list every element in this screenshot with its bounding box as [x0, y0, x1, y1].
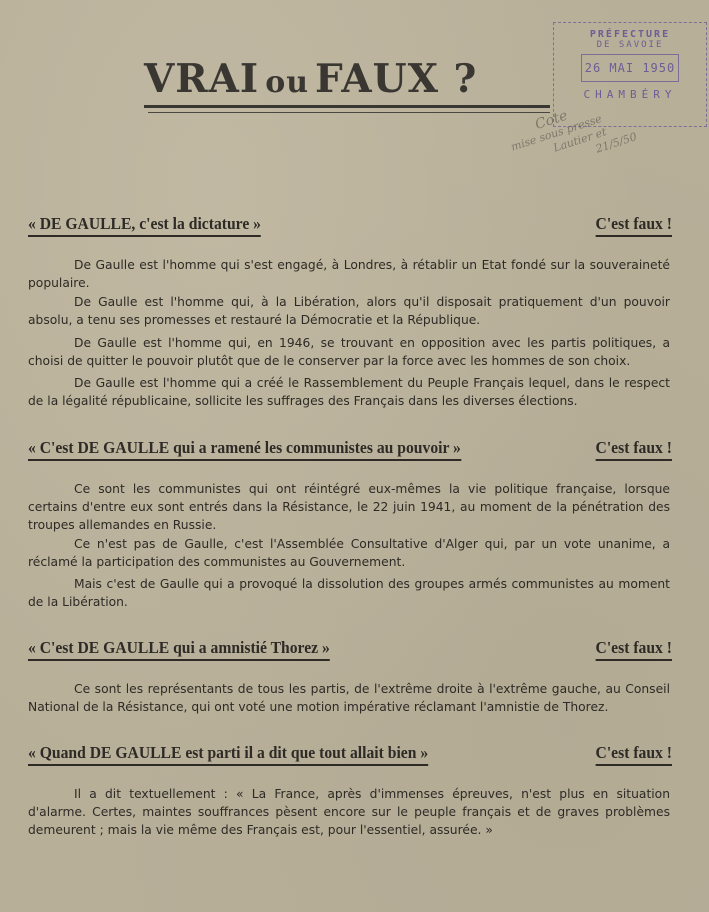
- title-faux: FAUX ?: [315, 56, 477, 102]
- section-1-claim: « DE GAULLE, c'est la dictature »: [28, 214, 261, 237]
- section-4-heading: « Quand DE GAULLE est parti il a dit que…: [28, 743, 672, 766]
- document-title: VRAIouFAUX ?: [144, 56, 477, 102]
- title-ou: ou: [265, 65, 309, 100]
- section-2-paragraph-3: Mais c'est de Gaulle qui a provoqué la d…: [28, 575, 670, 611]
- section-2-paragraph-1: Ce sont les communistes qui ont réintégr…: [28, 480, 670, 534]
- section-4-paragraph-1: Il a dit textuellement : « La France, ap…: [28, 785, 670, 839]
- section-3-claim: « C'est DE GAULLE qui a amnistié Thorez …: [28, 638, 330, 661]
- section-4-verdict: C'est faux !: [596, 743, 672, 766]
- stamp-line1: PRÉFECTURE: [554, 29, 706, 40]
- section-3-verdict: C'est faux !: [596, 638, 672, 661]
- section-1-verdict: C'est faux !: [596, 214, 672, 237]
- section-1-paragraph-2: De Gaulle est l'homme qui, à la Libérati…: [28, 293, 670, 329]
- section-2-claim: « C'est DE GAULLE qui a ramené les commu…: [28, 438, 461, 461]
- section-4-claim: « Quand DE GAULLE est parti il a dit que…: [28, 743, 428, 766]
- section-1-paragraph-1: De Gaulle est l'homme qui s'est engagé, …: [28, 256, 670, 292]
- section-2-heading: « C'est DE GAULLE qui a ramené les commu…: [28, 438, 672, 461]
- section-3-heading: « C'est DE GAULLE qui a amnistié Thorez …: [28, 638, 672, 661]
- section-1-paragraph-4: De Gaulle est l'homme qui a créé le Rass…: [28, 374, 670, 410]
- section-1-paragraph-3: De Gaulle est l'homme qui, en 1946, se t…: [28, 334, 670, 370]
- section-1-heading: « DE GAULLE, c'est la dictature » C'est …: [28, 214, 672, 237]
- title-vrai: VRAI: [144, 56, 259, 102]
- section-3-paragraph-1: Ce sont les représentants de tous les pa…: [28, 680, 670, 716]
- section-2-verdict: C'est faux !: [596, 438, 672, 461]
- stamp-line2: DE SAVOIE: [554, 40, 706, 50]
- title-underline: [144, 105, 550, 108]
- title-underline-thin: [148, 112, 550, 113]
- section-2-paragraph-2: Ce n'est pas de Gaulle, c'est l'Assemblé…: [28, 535, 670, 571]
